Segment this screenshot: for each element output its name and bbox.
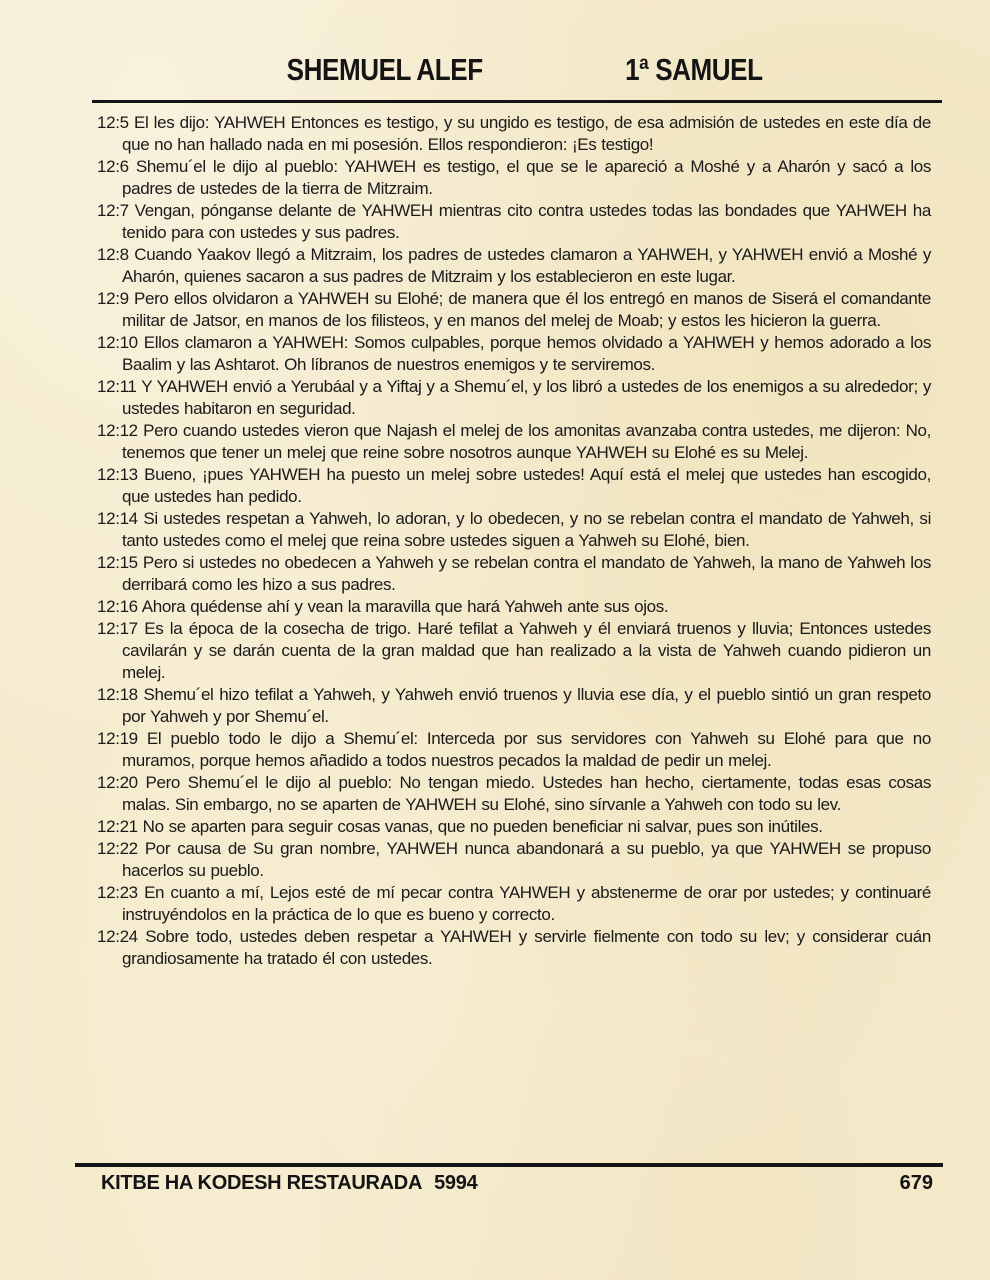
verse-ref: 12:24 [97,927,145,946]
verse-ref: 12:17 [97,619,144,638]
header-rule [92,100,942,103]
verse-ref: 12:6 [97,157,136,176]
verse-text: Es la época de la cosecha de trigo. Haré… [122,619,931,682]
verse-ref: 12:23 [97,883,144,902]
verse: 12:10 Ellos clamaron a YAHWEH: Somos cul… [97,332,931,376]
verse-ref: 12:7 [97,201,135,220]
verse: 12:6 Shemu´el le dijo al pueblo: YAHWEH … [97,156,931,200]
verse-ref: 12:22 [97,839,145,858]
verse-text: Si ustedes respetan a Yahweh, lo adoran,… [122,509,931,550]
footer-edition-year: 5994 [434,1172,477,1194]
verse: 12:14 Si ustedes respetan a Yahweh, lo a… [97,508,931,552]
verse-text: Y YAHWEH envió a Yerubáal y a Yiftaj y a… [122,377,931,418]
verse-ref: 12:11 [97,377,141,396]
verse-text: Pero Shemu´el le dijo al pueblo: No teng… [122,773,931,814]
verse-text: Shemu´el le dijo al pueblo: YAHWEH es te… [122,157,931,198]
verse: 12:24 Sobre todo, ustedes deben respetar… [97,926,931,970]
verse: 12:5 El les dijo: YAHWEH Entonces es tes… [97,112,931,156]
verse-ref: 12:13 [97,465,144,484]
verse: 12:16 Ahora quédense ahí y vean la marav… [97,596,931,618]
verse-list: 12:5 El les dijo: YAHWEH Entonces es tes… [97,112,931,970]
verse-text: No se aparten para seguir cosas vanas, q… [143,817,823,836]
footer-page-number: 679 [900,1172,933,1195]
verse: 12:8 Cuando Yaakov llegó a Mitzraim, los… [97,244,931,288]
footer-edition: KITBE HA KODESH RESTAURADA5994 [101,1172,477,1195]
page-header-left-title: SHEMUEL ALEF [287,52,483,88]
verse-text: Shemu´el hizo tefilat a Yahweh, y Yahweh… [122,685,931,726]
verse: 12:9 Pero ellos olvidaron a YAHWEH su El… [97,288,931,332]
verse-ref: 12:9 [97,289,134,308]
page-header-right-title: 1ª SAMUEL [625,52,763,88]
verse-text: El les dijo: YAHWEH Entonces es testigo,… [122,113,931,154]
verse: 12:22 Por causa de Su gran nombre, YAHWE… [97,838,931,882]
verse-ref: 12:16 [97,597,142,616]
footer-rule [75,1163,943,1167]
verse-ref: 12:12 [97,421,143,440]
verse-ref: 12:20 [97,773,145,792]
bible-page: SHEMUEL ALEF 1ª SAMUEL 12:5 El les dijo:… [0,0,990,1280]
verse: 12:15 Pero si ustedes no obedecen a Yahw… [97,552,931,596]
verse: 12:12 Pero cuando ustedes vieron que Naj… [97,420,931,464]
verse-text: Por causa de Su gran nombre, YAHWEH nunc… [122,839,931,880]
verse: 12:19 El pueblo todo le dijo a Shemu´el:… [97,728,931,772]
verse-text: Ellos clamaron a YAHWEH: Somos culpables… [122,333,931,374]
verse-ref: 12:14 [97,509,143,528]
verse-ref: 12:18 [97,685,144,704]
verse-text: El pueblo todo le dijo a Shemu´el: Inter… [122,729,931,770]
footer-edition-title: KITBE HA KODESH RESTAURADA [101,1172,422,1194]
verse: 12:17 Es la época de la cosecha de trigo… [97,618,931,684]
verse-text: Vengan, pónganse delante de YAHWEH mient… [122,201,931,242]
verse-text: Bueno, ¡pues YAHWEH ha puesto un melej s… [122,465,931,506]
verse-ref: 12:5 [97,113,134,132]
verse-ref: 12:8 [97,245,134,264]
verse-text: Pero si ustedes no obedecen a Yahweh y s… [122,553,931,594]
verse-ref: 12:15 [97,553,143,572]
verse-text: Sobre todo, ustedes deben respetar a YAH… [122,927,931,968]
verse: 12:11 Y YAHWEH envió a Yerubáal y a Yift… [97,376,931,420]
verse-ref: 12:19 [97,729,147,748]
verse-ref: 12:10 [97,333,144,352]
verse: 12:18 Shemu´el hizo tefilat a Yahweh, y … [97,684,931,728]
verse: 12:21 No se aparten para seguir cosas va… [97,816,931,838]
verse: 12:23 En cuanto a mí, Lejos esté de mí p… [97,882,931,926]
verse-text: Pero cuando ustedes vieron que Najash el… [122,421,931,462]
verse-text: Ahora quédense ahí y vean la maravilla q… [142,597,669,616]
verse: 12:20 Pero Shemu´el le dijo al pueblo: N… [97,772,931,816]
verse-ref: 12:21 [97,817,143,836]
verse-text: En cuanto a mí, Lejos esté de mí pecar c… [122,883,931,924]
verse-text: Pero ellos olvidaron a YAHWEH su Elohé; … [122,289,931,330]
verse: 12:7 Vengan, pónganse delante de YAHWEH … [97,200,931,244]
verse-text: Cuando Yaakov llegó a Mitzraim, los padr… [122,245,931,286]
verse: 12:13 Bueno, ¡pues YAHWEH ha puesto un m… [97,464,931,508]
